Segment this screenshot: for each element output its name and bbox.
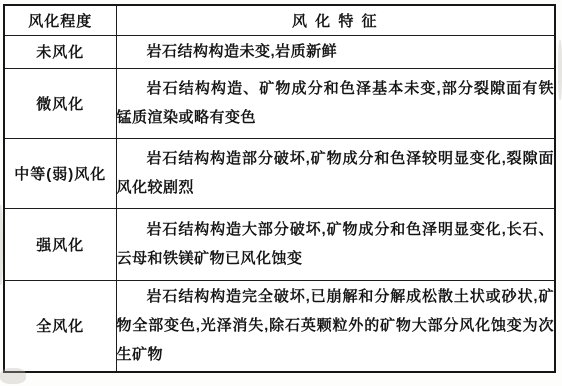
degree-cell: 强风化 [4,208,116,280]
feature-cell: 岩石结构构造大部分破坏,矿物成分和色泽明显变化,长石、云母和铁镁矿物已风化蚀变 [116,208,555,280]
table-header-row: 风化程度 风 化 特 征 [4,5,555,35]
feature-cell: 岩石结构构造完全破坏,已崩解和分解成松散土状或砂状,矿物全部变色,光泽消失,除石… [116,280,555,372]
feature-text: 岩石结构构造部分破坏,矿物成分和色泽较明显变化,裂隙面风化较剧烈 [117,144,555,202]
table-row: 全风化 岩石结构构造完全破坏,已崩解和分解成松散土状或砂状,矿物全部变色,光泽消… [4,280,555,372]
feature-text: 岩石结构构造未变,岩质新鲜 [117,37,555,66]
feature-cell: 岩石结构构造部分破坏,矿物成分和色泽较明显变化,裂隙面风化较剧烈 [116,138,555,208]
header-weathering-degree: 风化程度 [4,5,116,35]
feature-text: 岩石结构构造大部分破坏,矿物成分和色泽明显变化,长石、云母和铁镁矿物已风化蚀变 [117,215,555,273]
degree-cell: 全风化 [4,280,116,372]
scan-smudge [558,40,562,100]
scanned-document-page: 风化程度 风 化 特 征 未风化 岩石结构构造未变,岩质新鲜 微风化 岩石结构构… [0,0,562,386]
degree-cell: 中等(弱)风化 [4,138,116,208]
feature-cell: 岩石结构构造未变,岩质新鲜 [116,35,555,68]
weathering-table: 风化程度 风 化 特 征 未风化 岩石结构构造未变,岩质新鲜 微风化 岩石结构构… [3,4,556,373]
feature-text: 岩石结构构造、矿物成分和色泽基本未变,部分裂隙面有铁锰质渲染或略有变色 [117,74,555,132]
table-row: 中等(弱)风化 岩石结构构造部分破坏,矿物成分和色泽较明显变化,裂隙面风化较剧烈 [4,138,555,208]
table-row: 未风化 岩石结构构造未变,岩质新鲜 [4,35,555,68]
table-row: 微风化 岩石结构构造、矿物成分和色泽基本未变,部分裂隙面有铁锰质渲染或略有变色 [4,68,555,138]
feature-cell: 岩石结构构造、矿物成分和色泽基本未变,部分裂隙面有铁锰质渲染或略有变色 [116,68,555,138]
degree-cell: 微风化 [4,68,116,138]
feature-text: 岩石结构构造完全破坏,已崩解和分解成松散土状或砂状,矿物全部变色,光泽消失,除石… [117,282,555,369]
header-weathering-feature: 风 化 特 征 [116,5,555,35]
table-row: 强风化 岩石结构构造大部分破坏,矿物成分和色泽明显变化,长石、云母和铁镁矿物已风… [4,208,555,280]
degree-cell: 未风化 [4,35,116,68]
